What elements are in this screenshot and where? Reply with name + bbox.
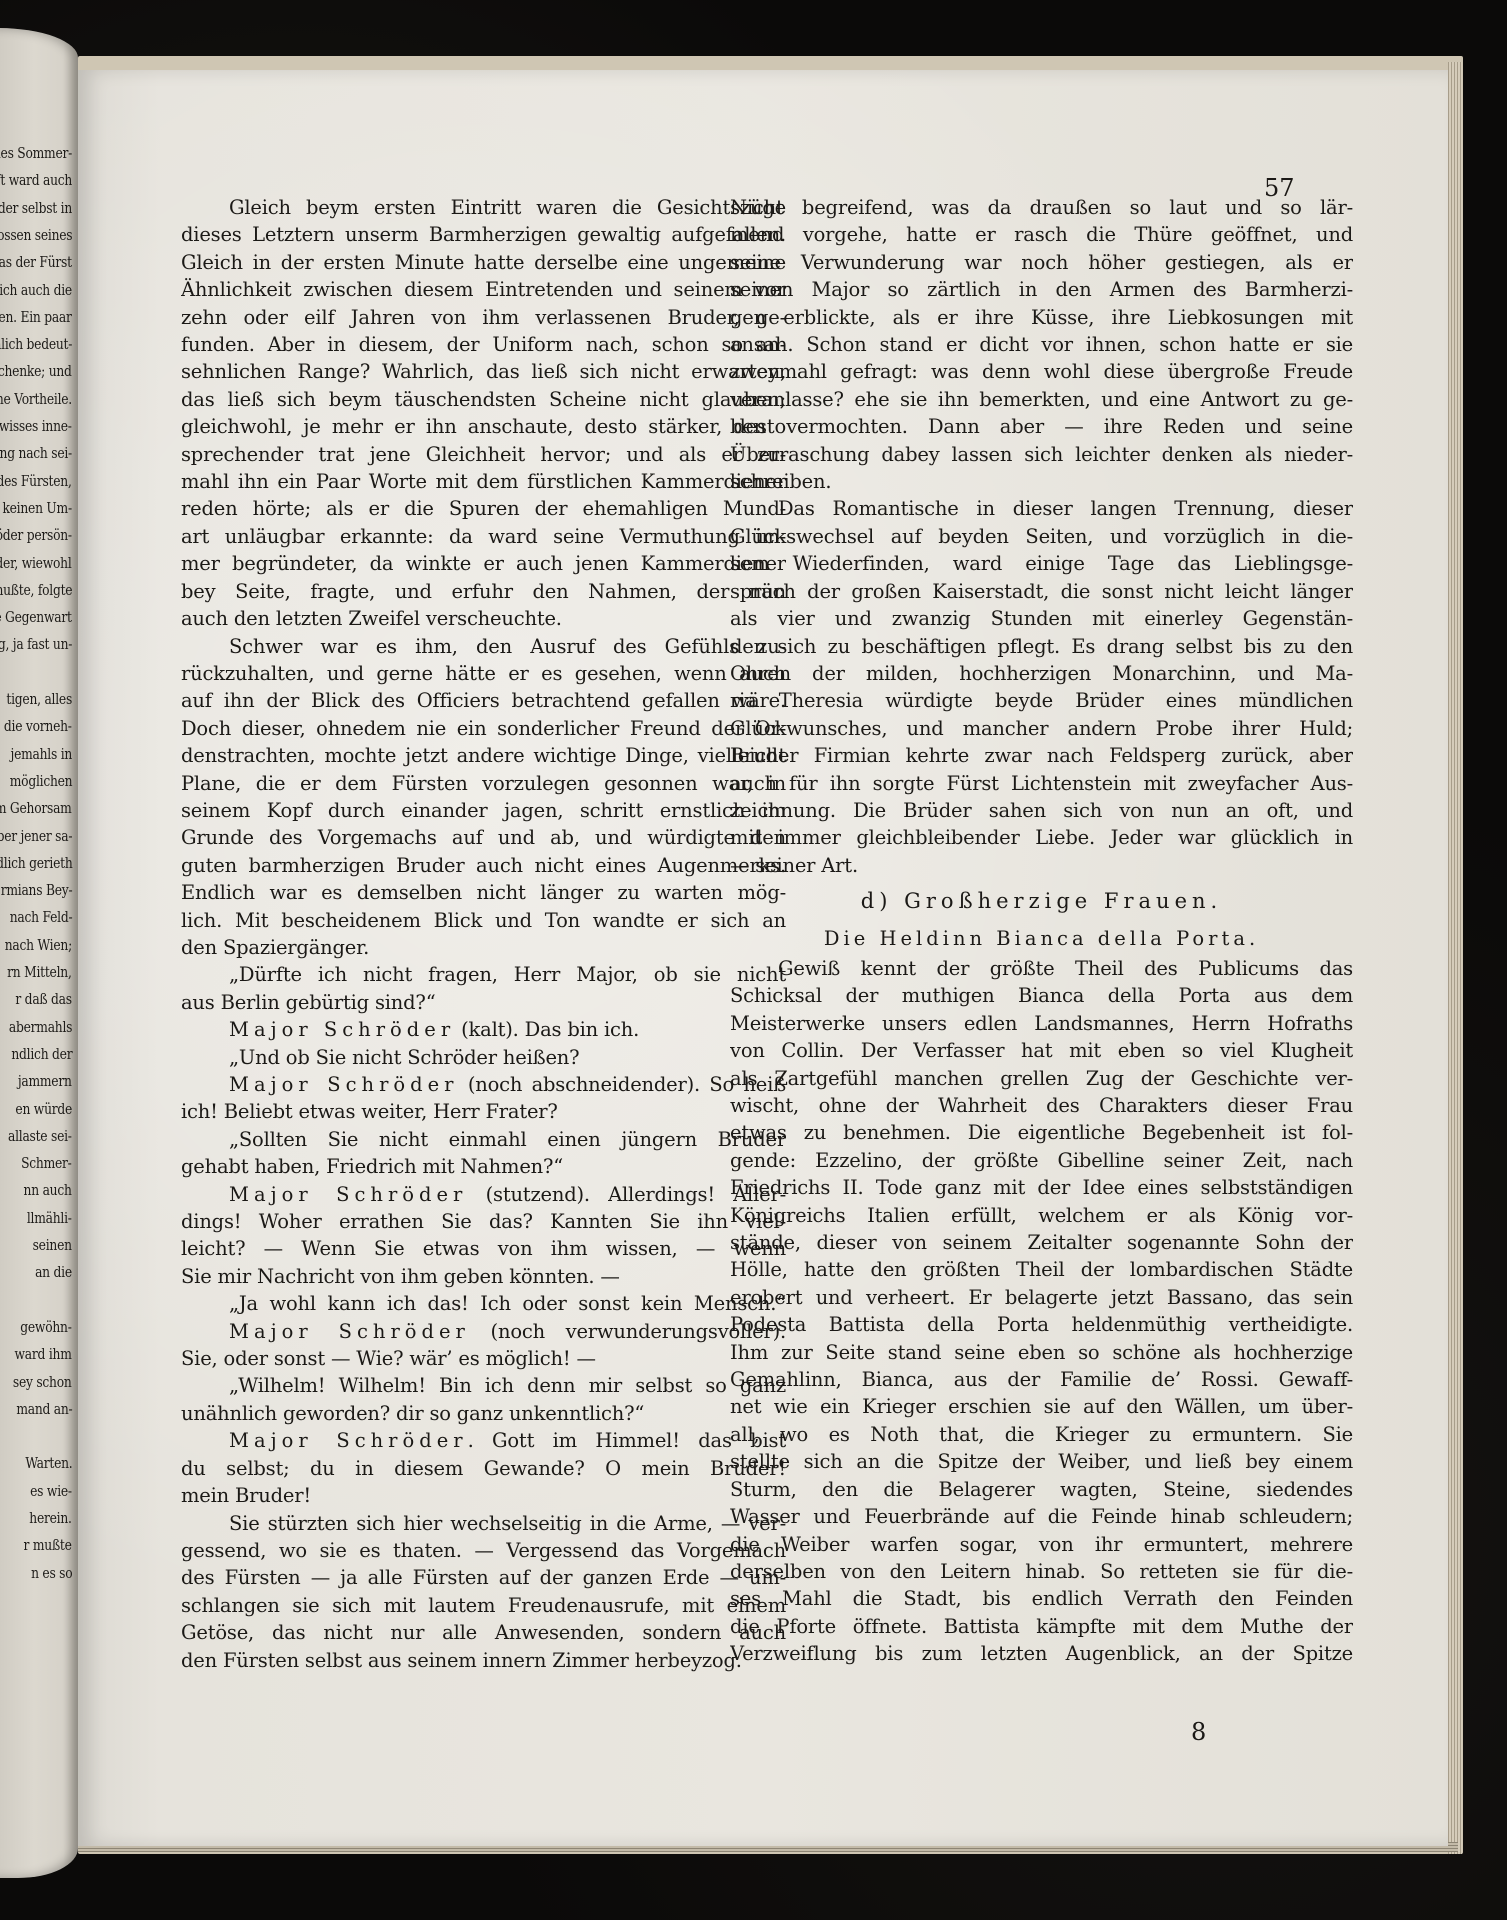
text-line: gen erblickte, als er ihre Küsse, ihre L… (730, 304, 1353, 331)
text-line: seine Verwunderung war noch höher gestie… (730, 249, 1353, 276)
verso-text-fragment: nach Feld- (9, 904, 72, 931)
verso-text-fragment: mußte, folgte (0, 577, 72, 604)
text-line: zweymahl gefragt: was denn wohl diese üb… (730, 358, 1353, 385)
text-line: stände, dieser von seinem Zeitalter soge… (730, 1229, 1353, 1256)
verso-text-fragment: ziemlich bedeut- (0, 331, 72, 358)
text-line: den Fürsten selbst aus seinem innern Zim… (181, 1647, 786, 1674)
text-line: schlangen sie sich mit lautem Freudenaus… (181, 1592, 786, 1619)
verso-text-fragment: r daß das (16, 986, 72, 1013)
text-line: etwas zu benehmen. Die eigentliche Begeb… (730, 1119, 1353, 1146)
left-column: Gleich beym ersten Eintritt waren die Ge… (181, 194, 786, 1674)
verso-text-fragment: an die (35, 1259, 72, 1286)
text-line: Bruder Firmian kehrte zwar nach Feldsper… (730, 742, 1353, 769)
speaker-name: Major Schröder (229, 1073, 459, 1096)
speaker-name: Major Schröder (229, 1320, 470, 1343)
text-line: lich. Mit bescheidenem Blick und Ton wan… (181, 907, 786, 934)
text-line: des Fürsten — ja alle Fürsten auf der ga… (181, 1564, 786, 1591)
text-line: „Dürfte ich nicht fragen, Herr Major, ob… (181, 961, 786, 988)
text-line: „Ja wohl kann ich das! Ich oder sonst ke… (181, 1290, 786, 1317)
verso-text-fragment: Geschenke; und (0, 358, 72, 385)
text-line: aus Berlin gebürtig sind?“ (181, 989, 786, 1016)
text-line: wischt, ohne der Wahrheit des Charakters… (730, 1092, 1353, 1119)
verso-text-fragment: nach Wien; (5, 932, 72, 959)
text-line: Hölle, hatte den größten Theil der lomba… (730, 1256, 1353, 1283)
text-line: Major Schröder (noch abschneidender). So… (181, 1071, 786, 1098)
text-line: art unläugbar erkannte: da ward seine Ve… (181, 523, 786, 550)
text-line: die Weiber warfen sogar, von ihr ermunte… (730, 1531, 1353, 1558)
text-line: Ähnlichkeit zwischen diesem Eintretenden… (181, 276, 786, 303)
text-line: guten barmherzigen Bruder auch nicht ein… (181, 852, 786, 879)
verso-text-fragment: rmians Bey- (0, 877, 72, 904)
text-line: gende: Ezzelino, der größte Gibelline se… (730, 1147, 1353, 1174)
text-line: schreiben. (730, 468, 1353, 495)
verso-text-fragment: n es so (31, 1560, 72, 1587)
text-line: den Spaziergänger. (181, 934, 786, 961)
verso-text-fragment: tigen, alles (6, 686, 72, 713)
speaker-name: Major Schröder (229, 1018, 455, 1041)
text-line: Gleich beym ersten Eintritt waren die Ge… (181, 194, 786, 221)
text-line: seinen Major so zärtlich in den Armen de… (730, 276, 1353, 303)
text-line: mend vorgehe, hatte er rasch die Thüre g… (730, 221, 1353, 248)
text-line: ses Mahl die Stadt, bis endlich Verrath … (730, 1585, 1353, 1612)
text-line: dieses Letztern unserm Barmherzigen gewa… (181, 221, 786, 248)
text-line: das ließ sich beym täuschendsten Scheine… (181, 386, 786, 413)
text-line: Sie, oder sonst — Wie? wär’ es möglich! … (181, 1345, 786, 1372)
text-line: mein Bruder! (181, 1482, 786, 1509)
text-line: Friedrichs II. Tode ganz mit der Idee ei… (730, 1174, 1353, 1201)
text-line: auch den letzten Zweifel verscheuchte. (181, 605, 786, 632)
text-line: mahl ihn ein Paar Worte mit dem fürstlic… (181, 468, 786, 495)
text-line: Sie mir Nachricht von ihm geben könnten.… (181, 1263, 786, 1290)
verso-text-fragment: ward ihm (15, 1341, 72, 1368)
text-line: als vier und zwanzig Stunden mit einerle… (730, 605, 1353, 632)
verso-text-fragment: die vorneh- (4, 713, 72, 740)
text-line: „Wilhelm! Wilhelm! Bin ich denn mir selb… (181, 1372, 786, 1399)
recto-page: 57 Gleich beym ersten Eintritt waren die… (78, 70, 1448, 1846)
text-line: veranlasse? ehe sie ihn bemerkten, und e… (730, 386, 1353, 413)
text-line: Überraschung dabey lassen sich leichter … (730, 441, 1353, 468)
text-line: Ihm zur Seite stand seine eben so schöne… (730, 1339, 1353, 1366)
verso-text-fragment: r mußte (24, 1532, 72, 1559)
text-line: Das Romantische in dieser langen Trennun… (730, 495, 1353, 522)
text-line: gehabt haben, Friedrich mit Nahmen?“ (181, 1153, 786, 1180)
verso-text-fragment: ndlich gerieth (0, 850, 72, 877)
verso-text-fragment: seines Sommer- (0, 140, 72, 167)
text-line: rückzuhalten, und gerne hätte er es gese… (181, 660, 786, 687)
text-line: auch für ihn sorgte Fürst Lichtenstein m… (730, 770, 1353, 797)
text-line: Major Schröder. Gott im Himmel! das bist (181, 1427, 786, 1454)
text-line: net wie ein Krieger erschien sie auf den… (730, 1393, 1353, 1420)
text-line: mer begründeter, da winkte er auch jenen… (181, 550, 786, 577)
right-column-text-after: Gewiß kennt der größte Theil des Publicu… (730, 955, 1353, 1668)
verso-text-fragment: rn Mitteln, (8, 959, 72, 986)
text-line: Glückwunsches, und mancher andern Probe … (730, 715, 1353, 742)
text-line: seinem Kopf durch einander jagen, schrit… (181, 797, 786, 824)
text-line: zeichnung. Die Brüder sahen sich von nun… (730, 797, 1353, 824)
text-line: Meisterwerke unsers edlen Landsmannes, H… (730, 1010, 1353, 1037)
text-line: ria Theresia würdigte beyde Brüder eines… (730, 687, 1353, 714)
verso-text-fragment: sey schon (13, 1369, 72, 1396)
verso-text-fragment: abermahls (9, 1014, 72, 1041)
text-line: gessend, wo sie es thaten. — Vergessend … (181, 1537, 786, 1564)
text-line: Major Schröder (noch verwunderungsvoller… (181, 1318, 786, 1345)
text-line: Podesta Battista della Porta heldenmüthi… (730, 1311, 1353, 1338)
verso-text-fragment: nn auch (24, 1177, 72, 1204)
text-line: „Und ob Sie nicht Schröder heißen? (181, 1044, 786, 1071)
text-line: Sturm, den die Belagerer wagten, Steine,… (730, 1476, 1353, 1503)
text-line: ben vermochten. Dann aber — ihre Reden u… (730, 413, 1353, 440)
text-line: unähnlich geworden? dir so ganz unkenntl… (181, 1400, 786, 1427)
text-line: Königreichs Italien erfüllt, welchem er … (730, 1202, 1353, 1229)
verso-text-fragment: en würde (15, 1096, 72, 1123)
text-line: Endlich war es demselben nicht länger zu… (181, 879, 786, 906)
verso-text-fragment: herein. (30, 1505, 72, 1532)
text-line: reden hörte; als er die Spuren der ehema… (181, 495, 786, 522)
verso-text-fragment: seinen (33, 1232, 72, 1259)
verso-text-fragment: ne Gegenwart (0, 604, 72, 631)
text-line: stellte sich an die Spitze der Weiber, u… (730, 1448, 1353, 1475)
text-line: Getöse, das nicht nur alle Anwesenden, s… (181, 1619, 786, 1646)
text-line: Plane, die er dem Fürsten vorzulegen ges… (181, 770, 786, 797)
text-line: mit immer gleichbleibender Liebe. Jeder … (730, 824, 1353, 851)
text-line: ansah. Schon stand er dicht vor ihnen, s… (730, 331, 1353, 358)
text-line: Wasser und Feuerbrände auf die Feinde hi… (730, 1503, 1353, 1530)
verso-text-fragment: m Gehorsam (0, 795, 72, 822)
text-line: bey Seite, fragte, und erfuhr den Nahmen… (181, 578, 786, 605)
verso-text-fragment: Genossen seines (0, 222, 72, 249)
verso-text-fragment: che Vortheile. (0, 386, 72, 413)
text-line: von Collin. Der Verfasser hat mit eben s… (730, 1037, 1353, 1064)
text-line: die Pforte öffnete. Battista kämpfte mit… (730, 1613, 1353, 1640)
text-line: gleichwohl, je mehr er ihn anschaute, de… (181, 413, 786, 440)
text-line: derselben von den Leitern hinab. So rett… (730, 1558, 1353, 1585)
verso-text-fragment: Warten. (25, 1450, 72, 1477)
right-column: Nicht begreifend, was da draußen so laut… (730, 194, 1353, 1668)
verso-text-fragment: ckt, der selbst in (0, 195, 72, 222)
verso-text-fragment: n, das der Fürst (0, 249, 72, 276)
verso-text-fragment: gung nach sei- (0, 440, 72, 467)
verso-text-fragment: gewisses inne- (0, 413, 72, 440)
verso-text-fragment: näßlich auch die (0, 277, 72, 304)
verso-text-fragment: jemahls in (10, 741, 72, 768)
text-line: Grunde des Vorgemachs auf und ab, und wü… (181, 824, 786, 851)
verso-text-fragment: möglichen (9, 768, 72, 795)
text-line: als Zartgefühl manchen grellen Zug der G… (730, 1065, 1353, 1092)
text-line: auf ihn der Blick des Officiers betracht… (181, 687, 786, 714)
text-line: — seiner Art. (730, 852, 1353, 879)
text-line: Gleich in der ersten Minute hatte dersel… (181, 249, 786, 276)
verso-text-fragment: röder persön- (0, 522, 72, 549)
speaker-name: Major Schröder (229, 1183, 467, 1206)
right-column-text-before: Nicht begreifend, was da draußen so laut… (730, 194, 1353, 879)
verso-text-fragment: mand an- (16, 1396, 72, 1423)
text-line: sem Wiederfinden, ward einige Tage das L… (730, 550, 1353, 577)
text-line: Verzweiflung bis zum letzten Augenblick,… (730, 1640, 1353, 1667)
text-line: Ohren der milden, hochherzigen Monarchin… (730, 660, 1353, 687)
verso-text-fragment: des Fürsten, (0, 468, 72, 495)
signature-mark: 8 (1191, 1718, 1206, 1746)
text-line: Schwer war es ihm, den Ausruf des Gefühl… (181, 633, 786, 660)
text-line: Glückswechsel auf beyden Seiten, und vor… (730, 523, 1353, 550)
text-line: erobert und verheert. Er belagerte jetzt… (730, 1284, 1353, 1311)
text-line: Major Schröder (stutzend). Allerdings! A… (181, 1181, 786, 1208)
text-line: Gewiß kennt der größte Theil des Publicu… (730, 955, 1353, 982)
text-line: dings! Woher errathen Sie das? Kannten S… (181, 1208, 786, 1235)
verso-text-fragment: gewöhn- (21, 1314, 72, 1341)
verso-text-fragment: Schmer- (22, 1150, 72, 1177)
text-line: den sich zu beschäftigen pflegt. Es dran… (730, 633, 1353, 660)
verso-text-fragment: t keinen Um- (0, 495, 72, 522)
text-line: funden. Aber in diesem, der Uniform nach… (181, 331, 786, 358)
text-line: ich! Beliebt etwas weiter, Herr Frater? (181, 1098, 786, 1125)
text-line: sehnlichen Range? Wahrlich, das ließ sic… (181, 358, 786, 385)
text-line: Major Schröder (kalt). Das bin ich. (181, 1016, 786, 1043)
text-line: Sie stürzten sich hier wechselseitig in … (181, 1510, 786, 1537)
text-line: „Sollten Sie nicht einmahl einen jüngern… (181, 1126, 786, 1153)
left-page-verso: seines Sommer-so oft ward auchckt, der s… (0, 28, 78, 1878)
text-line: spräch der großen Kaiserstadt, die sonst… (730, 578, 1353, 605)
verso-text-fragment: allaste sei- (8, 1123, 72, 1150)
verso-text-fragment: es wie- (30, 1478, 72, 1505)
text-line: zehn oder eilf Jahren von ihm verlassene… (181, 304, 786, 331)
verso-text-fragment: oder, wiewohl (0, 550, 72, 577)
verso-text-fragment: riften. Ein paar (0, 304, 72, 331)
text-line: du selbst; du in diesem Gewande? O mein … (181, 1455, 786, 1482)
verso-text-fragment: so oft ward auch (0, 167, 72, 194)
speaker-name: Major Schröder (229, 1429, 468, 1452)
text-line: all, wo es Noth that, die Krieger zu erm… (730, 1421, 1353, 1448)
section-heading: d) Großherzige Frauen. (730, 888, 1353, 915)
text-line: Nicht begreifend, was da draußen so laut… (730, 194, 1353, 221)
text-line: sprechender trat jene Gleichheit hervor;… (181, 441, 786, 468)
text-line: Doch dieser, ohnedem nie ein sonderliche… (181, 715, 786, 742)
text-line: Schicksal der muthigen Bianca della Port… (730, 982, 1353, 1009)
verso-text-fragment: ig, ja fast un- (0, 631, 72, 658)
text-line: leicht? — Wenn Sie etwas von ihm wissen,… (181, 1235, 786, 1262)
speaker-line: (kalt). Das bin ich. (455, 1018, 639, 1041)
verso-text-fragment: ber jener sa- (0, 823, 72, 850)
verso-text-fragment: ndlich der (11, 1041, 72, 1068)
subsection-heading: Die Heldinn Bianca della Porta. (730, 925, 1353, 952)
text-line: Gemahlinn, Bianca, aus der Familie de’ R… (730, 1366, 1353, 1393)
page-stack-right-edge (1448, 62, 1462, 1854)
text-line: denstrachten, mochte jetzt andere wichti… (181, 742, 786, 769)
verso-text-fragment: llmähli- (27, 1205, 72, 1232)
verso-text-fragment: jammern (18, 1068, 72, 1095)
